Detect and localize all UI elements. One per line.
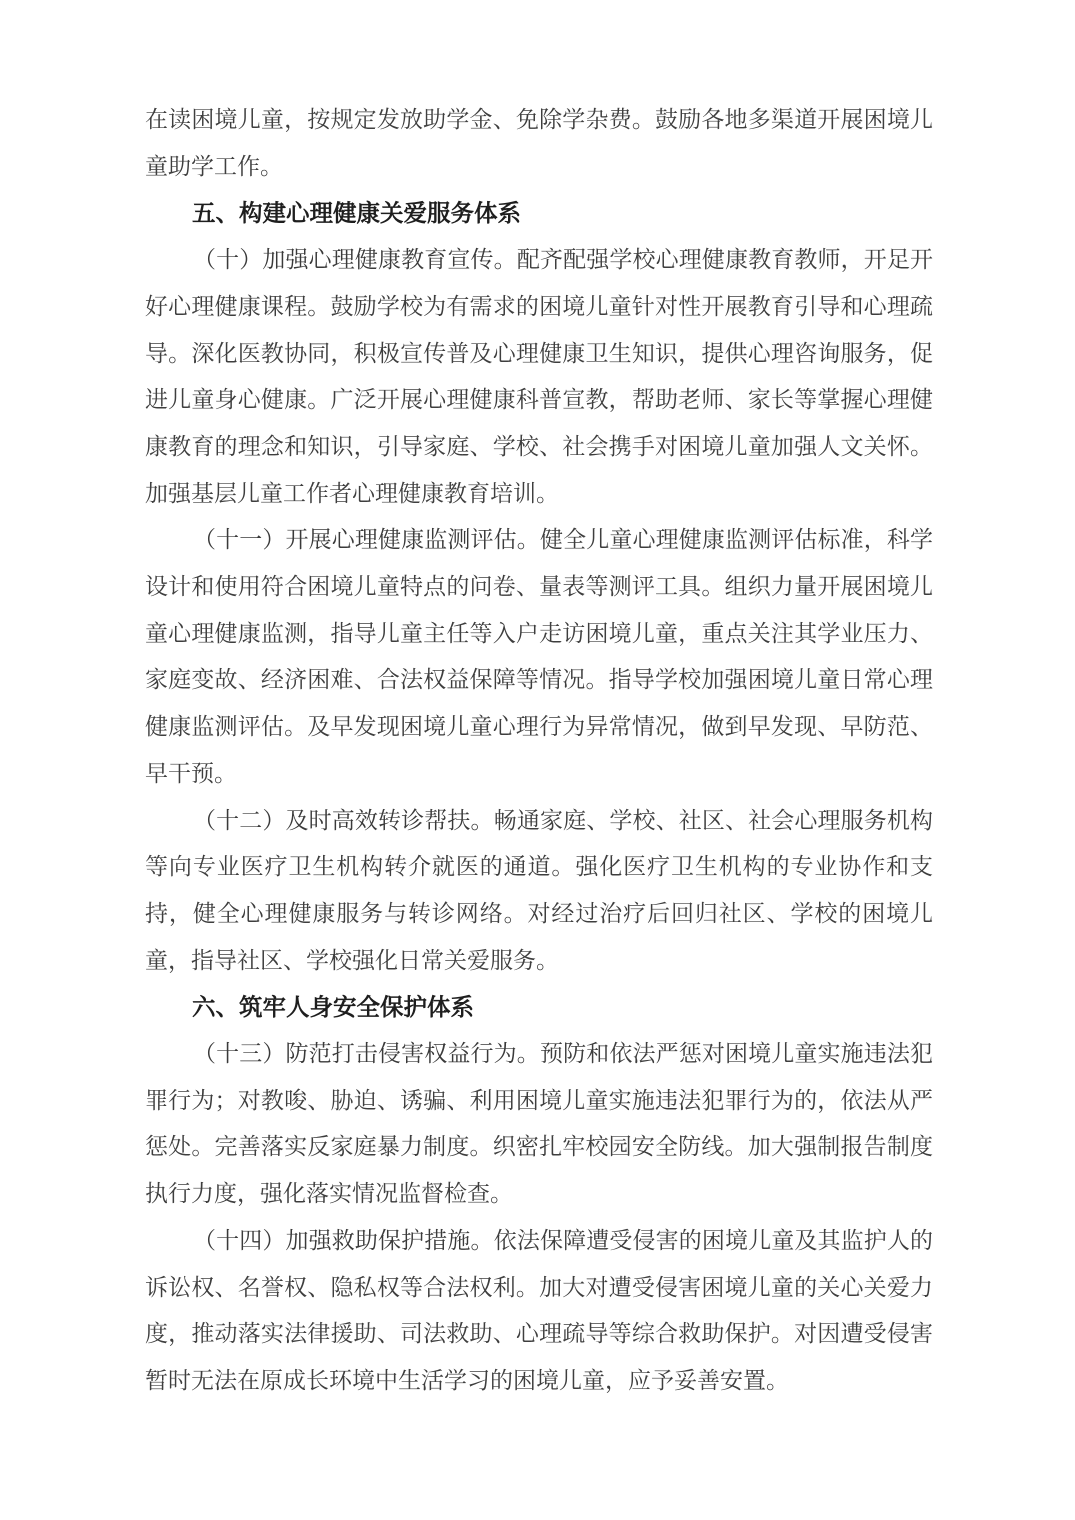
paragraph-11-text: 健全儿童心理健康监测评估标准，科学设计和使用符合困境儿童特点的问卷、量表等测评工…	[145, 527, 933, 786]
section-heading-6: 六、筑牢人身安全保护体系	[145, 984, 933, 1031]
paragraph-13-lead: （十三）防范打击侵害权益行为。	[193, 1041, 540, 1066]
paragraph-11: （十一）开展心理健康监测评估。健全儿童心理健康监测评估标准，科学设计和使用符合困…	[145, 517, 933, 797]
paragraph-14: （十四）加强救助保护措施。依法保障遭受侵害的困境儿童及其监护人的诉讼权、名誉权、…	[145, 1218, 933, 1405]
paragraph-11-lead: （十一）开展心理健康监测评估。	[193, 527, 540, 552]
paragraph-13: （十三）防范打击侵害权益行为。预防和依法严惩对困境儿童实施违法犯罪行为；对教唆、…	[145, 1031, 933, 1218]
paragraph-continuation: 在读困境儿童，按规定发放助学金、免除学杂费。鼓励各地多渠道开展困境儿童助学工作。	[145, 97, 933, 190]
document-body: 在读困境儿童，按规定发放助学金、免除学杂费。鼓励各地多渠道开展困境儿童助学工作。…	[145, 97, 933, 1405]
paragraph-10: （十）加强心理健康教育宣传。配齐配强学校心理健康教育教师，开足开好心理健康课程。…	[145, 237, 933, 517]
document-page: 在读困境儿童，按规定发放助学金、免除学杂费。鼓励各地多渠道开展困境儿童助学工作。…	[0, 0, 1075, 1520]
section-heading-5: 五、构建心理健康关爱服务体系	[145, 190, 933, 237]
paragraph-12-lead: （十二）及时高效转诊帮扶。	[193, 808, 494, 833]
paragraph-10-lead: （十）加强心理健康教育宣传。	[193, 247, 517, 272]
paragraph-12: （十二）及时高效转诊帮扶。畅通家庭、学校、社区、社会心理服务机构等向专业医疗卫生…	[145, 798, 933, 985]
paragraph-10-text: 配齐配强学校心理健康教育教师，开足开好心理健康课程。鼓励学校为有需求的困境儿童针…	[145, 247, 933, 506]
paragraph-14-lead: （十四）加强救助保护措施。	[193, 1228, 494, 1253]
